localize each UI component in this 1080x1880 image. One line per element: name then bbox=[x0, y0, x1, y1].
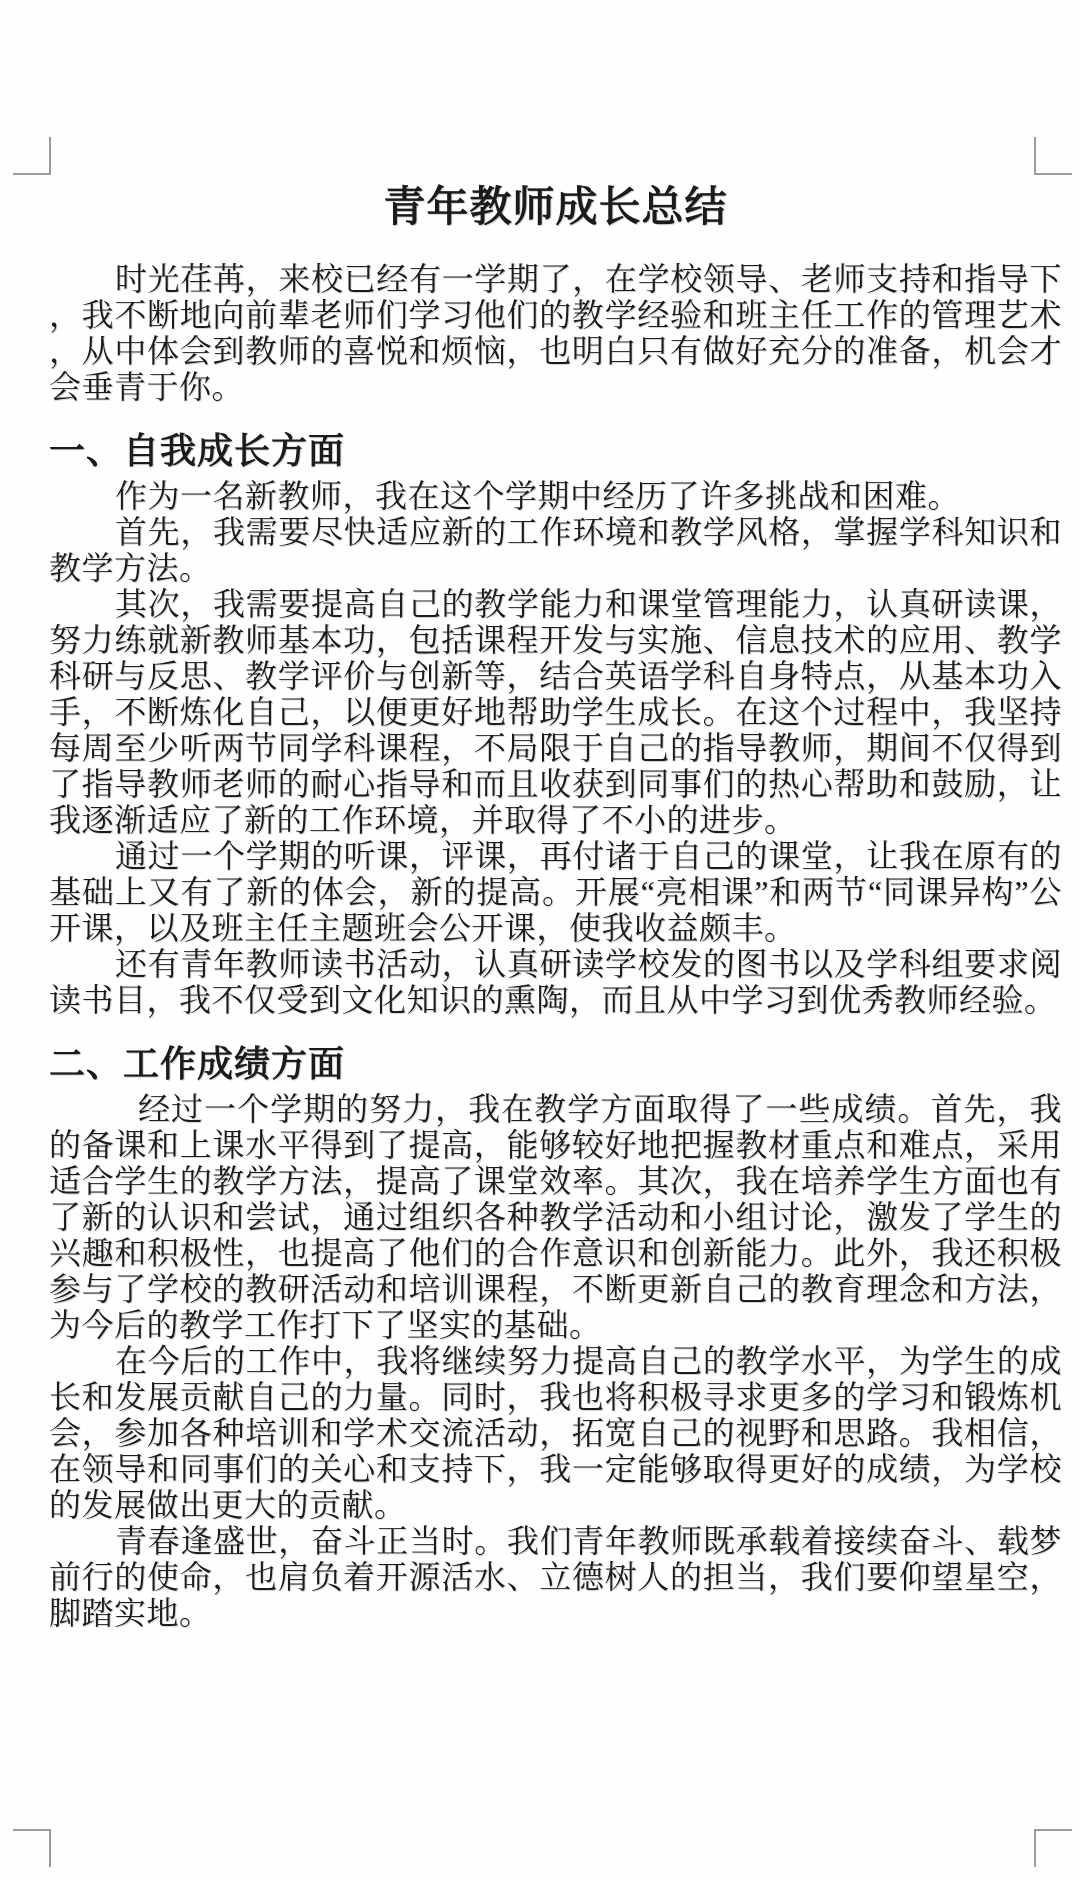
document-title: 青年教师成长总结 bbox=[49, 183, 1062, 233]
paragraph: 作为一名新教师，我在这个学期中经历了许多挑战和困难。 bbox=[49, 478, 1062, 514]
paragraph: 在今后的工作中，我将继续努力提高自己的教学水平，为学生的成长和发展贡献自己的力量… bbox=[49, 1343, 1062, 1523]
paragraph-intro: 时光荏苒，来校已经有一学期了，在学校领导、老师支持和指导下，我不断地向前辈老师们… bbox=[49, 261, 1062, 405]
page-boundary-mark-bottom-left bbox=[13, 1829, 51, 1867]
paragraph: 通过一个学期的听课，评课，再付诸于自己的课堂，让我在原有的基础上又有了新的体会，… bbox=[49, 838, 1062, 946]
document-page: 青年教师成长总结 时光荏苒，来校已经有一学期了，在学校领导、老师支持和指导下，我… bbox=[0, 0, 1080, 1880]
section-heading-work-achievements: 二、工作成绩方面 bbox=[49, 1042, 1062, 1086]
paragraph: 还有青年教师读书活动，认真研读学校发的图书以及学科组要求阅读书目，我不仅受到文化… bbox=[49, 946, 1062, 1018]
page-boundary-mark-top-left bbox=[13, 137, 51, 175]
document-body: 青年教师成长总结 时光荏苒，来校已经有一学期了，在学校领导、老师支持和指导下，我… bbox=[49, 173, 1062, 1631]
paragraph: 首先，我需要尽快适应新的工作环境和教学风格，掌握学科知识和教学方法。 bbox=[49, 514, 1062, 586]
paragraph: 其次，我需要提高自己的教学能力和课堂管理能力，认真研读课，努力练就新教师基本功，… bbox=[49, 586, 1062, 838]
section-heading-self-growth: 一、自我成长方面 bbox=[49, 429, 1062, 473]
paragraph: 青春逢盛世，奋斗正当时。我们青年教师既承载着接续奋斗、载梦前行的使命，也肩负着开… bbox=[49, 1523, 1062, 1631]
paragraph: 经过一个学期的努力，我在教学方面取得了一些成绩。首先，我的备课和上课水平得到了提… bbox=[49, 1091, 1062, 1343]
page-boundary-mark-bottom-right bbox=[1034, 1829, 1072, 1867]
page-boundary-mark-top-right bbox=[1034, 137, 1072, 175]
